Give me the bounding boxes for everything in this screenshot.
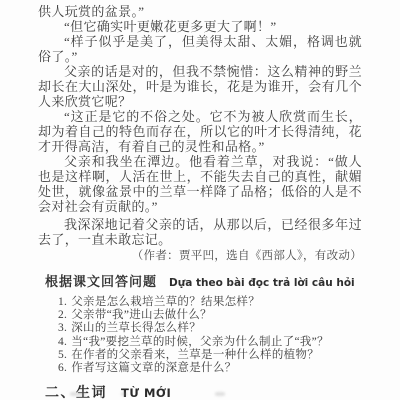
question-item: 4.当“我”要挖兰草的时候，父亲为什么制止了“我”？ bbox=[58, 336, 362, 349]
question-text: 当“我”要挖兰草的时候，父亲为什么制止了“我”？ bbox=[71, 336, 329, 348]
question-number: 3. bbox=[58, 322, 67, 334]
article-paragraph: 供人玩赏的盆景。” bbox=[38, 4, 362, 19]
question-number: 5. bbox=[58, 349, 67, 361]
article-paragraph: 父亲和我坐在潭边。他看着兰草，对我说：“做人也是这样啊，人活在世上，不能失去自己… bbox=[38, 154, 362, 214]
book-page: 供人玩赏的盆景。” “但它确实叶更嫩花更多更大了啊！” “样子似乎是美了，但美得… bbox=[0, 0, 400, 400]
qa-title-chinese: 根据课文回答问题 bbox=[45, 274, 157, 289]
ink-smudge bbox=[215, 392, 225, 396]
question-text: 深山的兰草长得怎么样？ bbox=[71, 322, 201, 334]
question-number: 6. bbox=[58, 362, 67, 374]
qa-title-vietnamese: Dựa theo bài đọc trả lời câu hỏi bbox=[169, 277, 355, 289]
question-item: 3.深山的兰草长得怎么样？ bbox=[58, 322, 362, 335]
ink-smudge bbox=[70, 392, 86, 396]
question-list: 1.父亲是怎么栽培兰草的？结果怎样？ 2.父亲带“我”进山去做什么？ 3.深山的… bbox=[38, 296, 362, 375]
question-item: 2.父亲带“我”进山去做什么？ bbox=[58, 309, 362, 322]
question-number: 4. bbox=[58, 336, 67, 348]
ink-smudge bbox=[121, 392, 127, 396]
article-paragraph: “但它确实叶更嫩花更多更大了啊！” bbox=[38, 19, 362, 34]
question-item: 1.父亲是怎么栽培兰草的？结果怎样？ bbox=[58, 296, 362, 309]
question-item: 6.作者写这篇文章的深意是什么？ bbox=[58, 362, 362, 375]
vocab-section-header: 二、生词 TỪ MỚI bbox=[45, 384, 362, 400]
article-paragraph: 我深深地记着父亲的话，从那以后，已经很多年过去了，一直未敢忘记。 bbox=[38, 217, 362, 247]
question-text: 在作者的父亲看来，兰草是一种什么样的植物？ bbox=[71, 349, 319, 361]
article-paragraph: 父亲的话是对的，但我不禁惋惜：这么精神的野兰却长在大山深处，叶是为谁长，花是为谁… bbox=[38, 64, 362, 109]
article-text: 供人玩赏的盆景。” “但它确实叶更嫩花更多更大了啊！” “样子似乎是美了，但美得… bbox=[38, 4, 362, 247]
question-text: 父亲带“我”进山去做什么？ bbox=[71, 309, 212, 321]
question-number: 2. bbox=[58, 309, 67, 321]
qa-section-header: 根据课文回答问题 Dựa theo bài đọc trả lời câu hỏ… bbox=[45, 274, 362, 291]
question-number: 1. bbox=[58, 296, 67, 308]
question-item: 5.在作者的父亲看来，兰草是一种什么样的植物？ bbox=[58, 349, 362, 362]
question-text: 父亲是怎么栽培兰草的？结果怎样？ bbox=[71, 296, 260, 308]
author-attribution: （作者：贾平凹，选自《西部人》，有改动） bbox=[38, 249, 362, 264]
vocab-title-vietnamese: TỪ MỚI bbox=[121, 386, 171, 400]
article-paragraph: “样子似乎是美了，但美得太甜、太媚，格调也就俗了。” bbox=[38, 34, 362, 64]
question-text: 作者写这篇文章的深意是什么？ bbox=[71, 362, 236, 374]
article-paragraph: “这正是它的不俗之处。它不为被人欣赏而生长，却为着自己的特色而存在，所以它的叶才… bbox=[38, 109, 362, 154]
